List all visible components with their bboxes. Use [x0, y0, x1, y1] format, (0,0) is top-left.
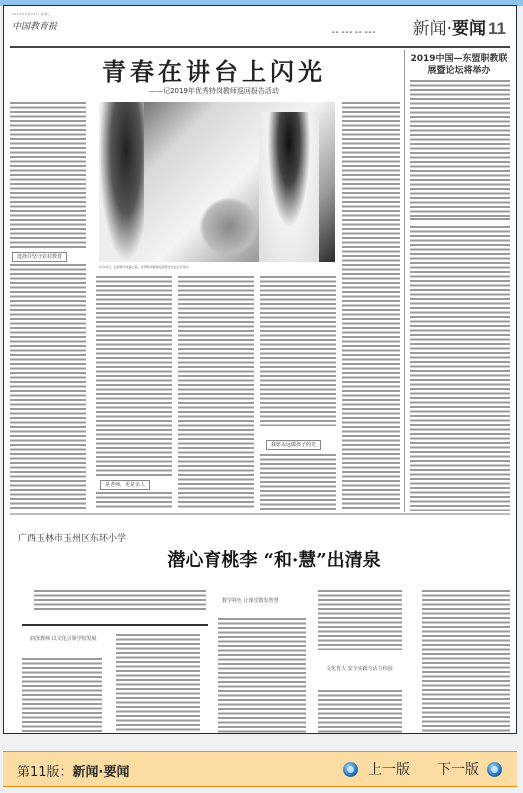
lead-text-column-4[interactable]: [260, 276, 336, 426]
second-text-column-5[interactable]: [318, 690, 402, 734]
edition-nav-bar: 第11版：新闻·要闻 上一版 下一版: [3, 751, 517, 787]
prev-edition-label[interactable]: 上一版: [368, 759, 410, 779]
photo-caption: 9月10日，在教师节来临之际，优秀特岗教师巡回报告会在北京举行。: [99, 265, 335, 270]
lead-text-column-4b[interactable]: [260, 454, 336, 510]
side-divider: [404, 50, 405, 512]
second-text-column-1[interactable]: [22, 658, 102, 734]
lead-text-column-2b[interactable]: [96, 492, 172, 510]
edition-prefix: 第11版：: [17, 765, 73, 780]
section-title: 新闻·要闻11: [413, 14, 506, 39]
page-number: 11: [488, 19, 506, 38]
newspaper-page[interactable]: 2019年9月11日 星期三 中国教育报 ▬▬ ▬▬▬ ▬▬ ▬▬▬ 新闻·要闻…: [3, 5, 517, 734]
lead-text-column-2[interactable]: [96, 276, 172, 476]
lead-photo[interactable]: [99, 102, 335, 262]
second-text-column-4[interactable]: [318, 590, 402, 650]
edition-label: 第11版：新闻·要闻: [17, 761, 130, 780]
second-article-headline[interactable]: 潜心育桃李 “和·慧”出清泉: [64, 546, 484, 572]
lead-text-column-5[interactable]: [342, 102, 400, 510]
side-text-column-b[interactable]: [410, 226, 510, 511]
lead-subhead-2: 是老师，更是亲人: [100, 480, 150, 490]
edition-name: 新闻·要闻: [73, 765, 130, 780]
arrow-up-circle-icon[interactable]: [343, 762, 358, 777]
photo-figure-right: [259, 112, 319, 262]
lead-subhead-1: 选择并坚守农村教育: [12, 252, 67, 262]
side-rule: [410, 218, 510, 220]
second-subhead-3: 文化育人 安全实践与活力校园: [326, 666, 396, 673]
second-subhead-2: 数学特色 让课堂散发智慧: [222, 598, 292, 605]
side-headline[interactable]: 2019中国—东盟职教联展暨论坛将举办: [406, 53, 512, 77]
photo-bouquet: [199, 197, 259, 257]
second-text-column-6[interactable]: [422, 590, 510, 734]
lead-text-column-3[interactable]: [178, 276, 254, 510]
second-intro-rule: [22, 624, 208, 626]
second-text-column-3[interactable]: [218, 618, 306, 734]
side-text-column-a[interactable]: [410, 80, 510, 220]
prev-edition-button[interactable]: 上一版: [343, 759, 410, 779]
lead-text-column-1b[interactable]: [10, 264, 86, 509]
lead-headline[interactable]: 青春在讲台上闪光: [84, 52, 344, 87]
masthead-mini-text: ▬▬ ▬▬▬ ▬▬ ▬▬▬: [332, 30, 376, 34]
second-article-kicker: 广西玉林市玉州区东环小学: [18, 531, 126, 544]
second-text-column-2[interactable]: [116, 634, 200, 734]
newspaper-logo: 中国教育报: [12, 19, 57, 32]
second-intro-text[interactable]: [34, 590, 206, 612]
next-edition-label[interactable]: 下一版: [437, 759, 479, 779]
lead-text-column-1[interactable]: [10, 102, 86, 250]
photo-figure-left: [99, 102, 144, 262]
masthead: 2019年9月11日 星期三 中国教育报 ▬▬ ▬▬▬ ▬▬ ▬▬▬ 新闻·要闻…: [10, 10, 510, 48]
arrow-down-circle-icon[interactable]: [487, 762, 502, 777]
issue-date: 2019年9月11日 星期三: [12, 12, 51, 16]
next-edition-button[interactable]: 下一版: [437, 759, 502, 779]
lead-subhead-3: 我愿永远做孩子的光: [266, 440, 321, 450]
section-prefix: 新闻·: [413, 19, 452, 39]
lead-subheadline: ——记2019年优秀特岗教师巡回报告活动: [84, 86, 344, 96]
section-main: 要闻: [452, 19, 486, 39]
section-divider: [10, 513, 510, 515]
second-subhead-1: 润泽教师 以文化引领学校发展: [30, 636, 100, 643]
